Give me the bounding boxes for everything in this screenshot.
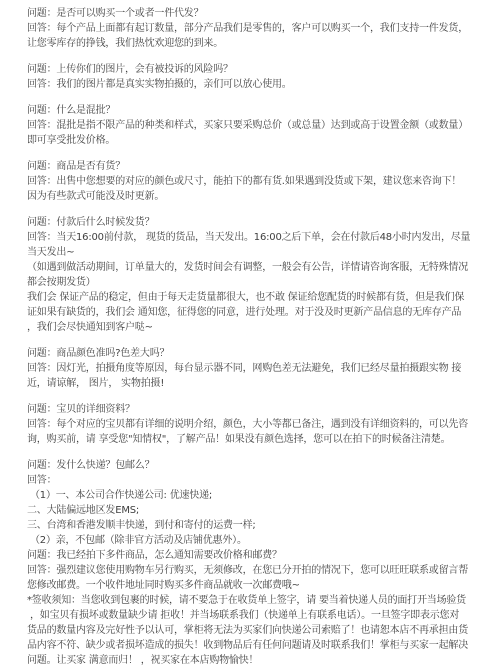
question-line: 问题：商品颜色准吗?色差大吗？ (27, 346, 465, 361)
answer-line: 回答：每个产品上面都有起订数量，部分产品我们是零售的，客户可以购买一个，我们支持… (27, 21, 465, 36)
answer-line: 您修改邮费。一个收件地址同时购买多件商品就收一次邮费哦~ (27, 578, 465, 593)
answer-line: （1）一、本公司合作快递公司: 优速快递; (27, 488, 465, 503)
answer-line: 回答：每个对应的宝贝都有详细的说明介绍，颜色，大小等都已备注，遇到没有详细资料的… (27, 417, 465, 432)
qa-section-product-details: 问题：宝贝的详细资料？ 回答：每个对应的宝贝都有详细的说明介绍，颜色，大小等都已… (27, 402, 465, 447)
answer-line: 回答：强烈建议您使用购物车另行购买，无须修改，在您已分开拍的情况下，您可以旺旺联… (27, 563, 465, 578)
answer-line: 让您零库存的挣钱，我们热忱欢迎您的到来。 (27, 36, 465, 51)
notice-line: *签收须知：当您收到包裹的时候，请不要急于在收货单上签字，请 要当着快递人员的面… (27, 593, 465, 608)
faq-document: 问题：是否可以购买一个或者一件代发？ 回答：每个产品上面都有起订数量，部分产品我… (0, 0, 485, 671)
qa-section-courier: 问题：发什么快递？包邮么？ 回答： （1）一、本公司合作快递公司: 优速快递; … (27, 458, 465, 548)
question-line: 问题：宝贝的详细资料？ (27, 402, 465, 417)
qa-section-mixed-batch: 问题：什么是混批？ 回答：混批是指不限产品的种类和样式，买家只要采购总价（或总量… (27, 103, 465, 148)
notice-line: ，如宝贝有损坏或数量缺少请 拒收！并当场联系我们（快递单上有联系电话）。一旦签字… (27, 608, 465, 623)
answer-line: 近，请谅解， 图片， 实物拍摄! (27, 376, 465, 391)
notice-line: 品内容不符、缺少或者损坏造成的损失！收到物品后有任何问题请及时联系我们！掌柜与买… (27, 638, 465, 653)
question-line: 问题：付款后什么时候发货？ (27, 215, 465, 230)
signing-notice: *签收须知：当您收到包裹的时候，请不要急于在收货单上签字，请 要当着快递人员的面… (27, 593, 465, 668)
answer-line: ，我们会尽快通知到客户哒~ (27, 320, 465, 335)
notice-line: 问题。让买家 满意而归！ ，祝买家在本店购物愉快！ (27, 653, 465, 668)
answer-line: 即可享受批发价格。 (27, 133, 465, 148)
answer-line: 二、大陆偏远地区发EMS; (27, 503, 465, 518)
answer-line: 当天发出~ (27, 245, 465, 260)
answer-line: 证如果有缺货的，我们会 通知您，征得您的同意，进行处理。对于没及时更新产品信息的… (27, 305, 465, 320)
qa-section-stock: 问题：商品是否有货？ 回答：出售中您想要的对应的颜色或尺寸，能拍下的都有货.如果… (27, 159, 465, 204)
question-line: 问题：商品是否有货？ (27, 159, 465, 174)
question-line: 问题：是否可以购买一个或者一件代发？ (27, 6, 465, 21)
question-line: 问题：发什么快递？包邮么？ (27, 458, 465, 473)
qa-section-dropship: 问题：是否可以购买一个或者一件代发？ 回答：每个产品上面都有起订数量，部分产品我… (27, 6, 465, 51)
question-line: 问题：我已经拍下多件商品，怎么通知需要改价格和邮费？ (27, 548, 465, 563)
answer-line: 回答：我们的图片都是真实实物拍摄的，亲们可以放心使用。 (27, 77, 465, 92)
answer-line: （2）亲，不包邮（除非官方活动及店铺优惠外）。 (27, 533, 465, 548)
question-line: 问题：上传你们的图片，会有被投诉的风险吗？ (27, 62, 465, 77)
answer-line: 询，购买前，请 享受您"知情权"，了解产品！如果没有颜色选择，您可以在拍下的时候… (27, 432, 465, 447)
answer-line: 回答：出售中您想要的对应的颜色或尺寸，能拍下的都有货.如果遇到没货或下架，建议您… (27, 174, 465, 189)
answer-line: 因为有些款式可能没及时更新。 (27, 189, 465, 204)
answer-line: （如遇到做活动期间，订单量大的，发货时间会有调整，一般会有公告，详情请咨询客服，… (27, 260, 465, 275)
qa-section-color-accuracy: 问题：商品颜色准吗?色差大吗？ 回答：因灯光，拍摄角度等原因，每台显示器不同，网… (27, 346, 465, 391)
answer-line: 我们会 保证产品的稳定，但由于每天走货量都很大，也不敢 保证给您配货的时候都有货… (27, 290, 465, 305)
notice-line: 货品的数量内容及完好性予以认可，掌柜将无法为买家们向快递公司索赔了！也请恕本店不… (27, 623, 465, 638)
answer-line: 回答： (27, 473, 465, 488)
qa-section-image-use: 问题：上传你们的图片，会有被投诉的风险吗？ 回答：我们的图片都是真实实物拍摄的，… (27, 62, 465, 92)
answer-line: 回答：当天16:00前付款， 现货的货品，当天发出。16:00之后下单，会在付款… (27, 230, 465, 245)
answer-line: 回答：因灯光，拍摄角度等原因，每台显示器不同，网购色差无法避免，我们已经尽量拍摄… (27, 361, 465, 376)
answer-line: 都会按期发货） (27, 275, 465, 290)
qa-section-shipping-time: 问题：付款后什么时候发货？ 回答：当天16:00前付款， 现货的货品，当天发出。… (27, 215, 465, 335)
answer-line: 三、台湾和香港发顺丰快递，到付和寄付的运费一样; (27, 518, 465, 533)
question-line: 问题：什么是混批？ (27, 103, 465, 118)
qa-section-price-adjust: 问题：我已经拍下多件商品，怎么通知需要改价格和邮费？ 回答：强烈建议您使用购物车… (27, 548, 465, 593)
answer-line: 回答：混批是指不限产品的种类和样式，买家只要采购总价（或总量）达到或高于设置金额… (27, 118, 465, 133)
